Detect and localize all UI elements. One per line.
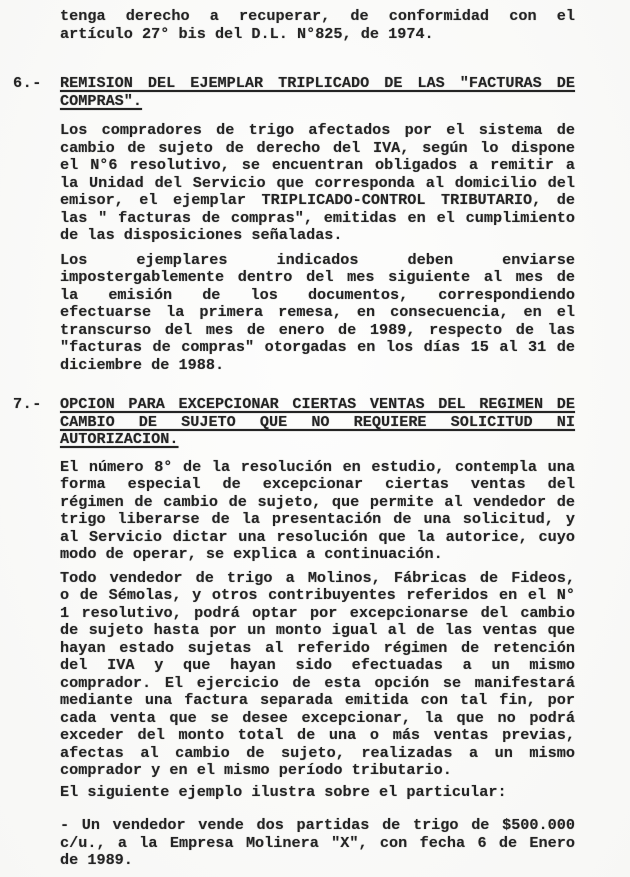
- section-7-paragraph-3: El siguiente ejemplo ilustra sobre el pa…: [0, 784, 630, 802]
- text-line: del IVA y que hayan sido efectuadas a un…: [60, 657, 575, 675]
- text-line: régimen de cambio de sujeto, que permite…: [60, 494, 575, 512]
- text-line: 1 resolutivo, podrá optar por excepciona…: [60, 605, 575, 623]
- text-line: El número 8° de la resolución en estudio…: [60, 459, 575, 477]
- text-line: efectuarse la primera remesa, en consecu…: [60, 304, 575, 322]
- text-line: de 1989.: [60, 852, 575, 870]
- text-line: afectas al cambio de sujeto, realizadas …: [60, 745, 575, 763]
- text-line: diciembre de 1988.: [60, 357, 575, 375]
- heading-line: AUTORIZACION.: [60, 431, 575, 449]
- text-line: comprador y en el mismo período tributar…: [60, 762, 575, 780]
- text-line: trigo liberarse de la presentación de un…: [60, 511, 575, 529]
- text-line: "facturas de compras" otorgadas en los d…: [60, 339, 575, 357]
- intro-paragraph: tenga derecho a recuperar, de conformida…: [0, 8, 630, 43]
- heading-line: REMISION DEL EJEMPLAR TRIPLICADO DE LAS …: [60, 75, 575, 93]
- section-6-paragraph-1: Los compradores de trigo afectados por e…: [0, 122, 630, 245]
- text-line: El siguiente ejemplo ilustra sobre el pa…: [60, 784, 575, 802]
- section-7-heading: 7.- OPCION PARA EXCEPCIONAR CIERTAS VENT…: [0, 396, 630, 449]
- text-line: tenga derecho a recuperar, de conformida…: [60, 8, 575, 26]
- heading-line: COMPRAS".: [60, 93, 575, 111]
- text-line: impostergablemente dentro del mes siguie…: [60, 269, 575, 287]
- text-line: modo de operar, se explica a continuació…: [60, 546, 575, 564]
- text-line: de sujeto hasta por un monto igual al de…: [60, 622, 575, 640]
- text-line: transcurso del mes de enero de 1989, res…: [60, 322, 575, 340]
- text-line: forma especial de excepcionar ciertas ve…: [60, 476, 575, 494]
- section-6-heading: 6.- REMISION DEL EJEMPLAR TRIPLICADO DE …: [0, 75, 630, 110]
- text-line: al Servicio dictar una resolución que la…: [60, 529, 575, 547]
- text-line: cambio de sujeto de derecho del IVA, seg…: [60, 140, 575, 158]
- text-line: comprador. El ejercicio de esta opción s…: [60, 675, 575, 693]
- section-6-paragraph-2: Los ejemplares indicados deben enviarse …: [0, 252, 630, 375]
- document-page: tenga derecho a recuperar, de conformida…: [0, 0, 630, 877]
- text-line: de las disposiciones señaladas.: [60, 227, 575, 245]
- text-line: hayan estado sujetas al referido régimen…: [60, 640, 575, 658]
- text-line: Todo vendedor de trigo a Molinos, Fábric…: [60, 570, 575, 588]
- text-line: las " facturas de compras", emitidas en …: [60, 210, 575, 228]
- text-line: o de Sémolas, y otros contribuyentes ref…: [60, 587, 575, 605]
- section-7-example: - Un vendedor vende dos partidas de trig…: [0, 817, 630, 870]
- text-line: artículo 27° bis del D.L. N°825, de 1974…: [60, 26, 575, 44]
- text-line: el N°6 resolutivo, se encuentran obligad…: [60, 157, 575, 175]
- text-line: mediante una factura separada emitida co…: [60, 692, 575, 710]
- section-7-number: 7.-: [0, 396, 60, 414]
- section-6-number: 6.-: [0, 75, 60, 93]
- text-line: exceder del monto total de una o más ven…: [60, 727, 575, 745]
- text-line: emisor, el ejemplar TRIPLICADO-CONTROL T…: [60, 192, 575, 210]
- text-line: Los compradores de trigo afectados por e…: [60, 122, 575, 140]
- text-line: c/u., a la Empresa Molinera "X", con fec…: [60, 835, 575, 853]
- section-7-paragraph-2: Todo vendedor de trigo a Molinos, Fábric…: [0, 570, 630, 780]
- heading-line: OPCION PARA EXCEPCIONAR CIERTAS VENTAS D…: [60, 396, 575, 414]
- text-line: cada venta que se desee excepcionar, la …: [60, 710, 575, 728]
- text-line: la Unidad del Servicio que corresponda a…: [60, 175, 575, 193]
- heading-line: CAMBIO DE SUJETO QUE NO REQUIERE SOLICIT…: [60, 414, 575, 432]
- text-line: - Un vendedor vende dos partidas de trig…: [60, 817, 575, 835]
- section-7-paragraph-1: El número 8° de la resolución en estudio…: [0, 459, 630, 564]
- text-line: Los ejemplares indicados deben enviarse: [60, 252, 575, 270]
- text-line: la emisión de los documentos, correspond…: [60, 287, 575, 305]
